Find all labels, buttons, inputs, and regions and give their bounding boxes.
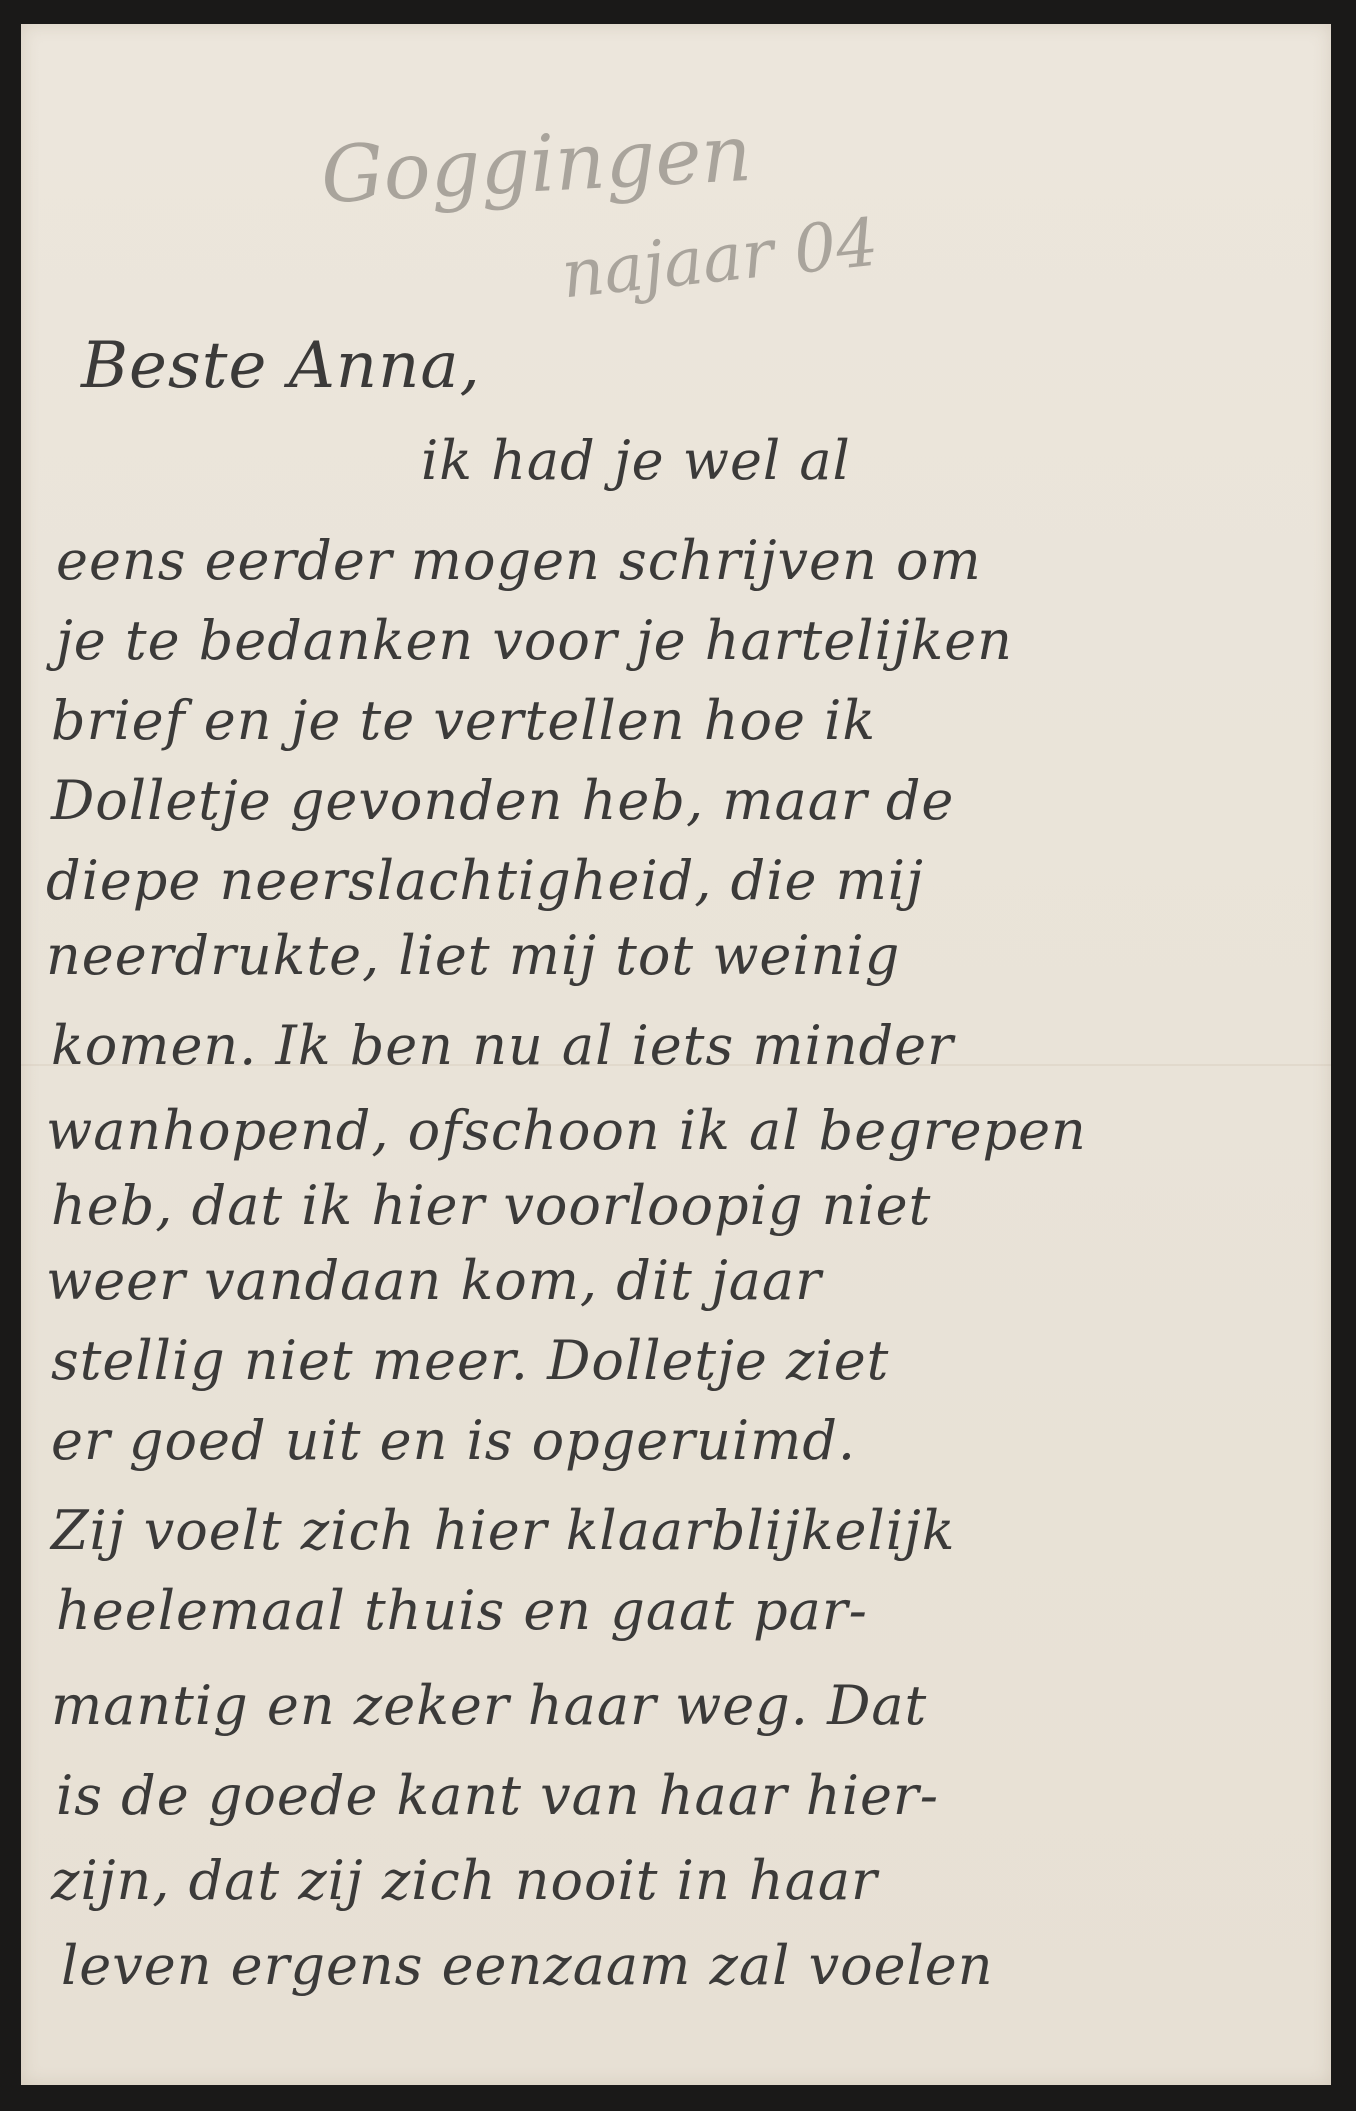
pencil-date-annotation: najaar 04 — [558, 204, 882, 314]
letter-line: leven ergens eenzaam zal voelen — [61, 1934, 994, 1997]
letter-line: zijn, dat zij zich nooit in haar — [51, 1849, 878, 1912]
letter-line: mantig en zeker haar weg. Dat — [51, 1674, 927, 1737]
letter-line: heb, dat ik hier voorloopig niet — [51, 1174, 931, 1237]
pencil-place-annotation: Goggingen — [319, 109, 754, 221]
letter-line: neerdrukte, liet mij tot weinig — [46, 924, 900, 987]
letter-line: heelemaal thuis en gaat par- — [56, 1579, 868, 1642]
letter-line: eens eerder mogen schrijven om — [56, 529, 982, 592]
letter-line: komen. Ik ben nu al iets minder — [51, 1014, 954, 1077]
letter-line: ik had je wel al — [421, 429, 851, 492]
letter-line: wanhopend, ofschoon ik al begrepen — [46, 1099, 1087, 1162]
letter-line: er goed uit en is opgeruimd. — [51, 1409, 856, 1472]
letter-line: brief en je te vertellen hoe ik — [51, 689, 876, 752]
letter-paper: Goggingen najaar 04 Beste Anna, ik had j… — [21, 24, 1331, 2085]
letter-line: weer vandaan kom, dit jaar — [46, 1249, 822, 1312]
letter-line: stellig niet meer. Dolletje ziet — [51, 1329, 889, 1392]
letter-line: is de goede kant van haar hier- — [56, 1764, 939, 1827]
letter-line: je te bedanken voor je hartelijken — [56, 609, 1013, 672]
letter-line: Dolletje gevonden heb, maar de — [51, 769, 954, 832]
letter-line: diepe neerslachtigheid, die mij — [46, 849, 924, 912]
salutation: Beste Anna, — [81, 329, 481, 403]
letter-line: Zij voelt zich hier klaarblijkelijk — [51, 1499, 955, 1562]
